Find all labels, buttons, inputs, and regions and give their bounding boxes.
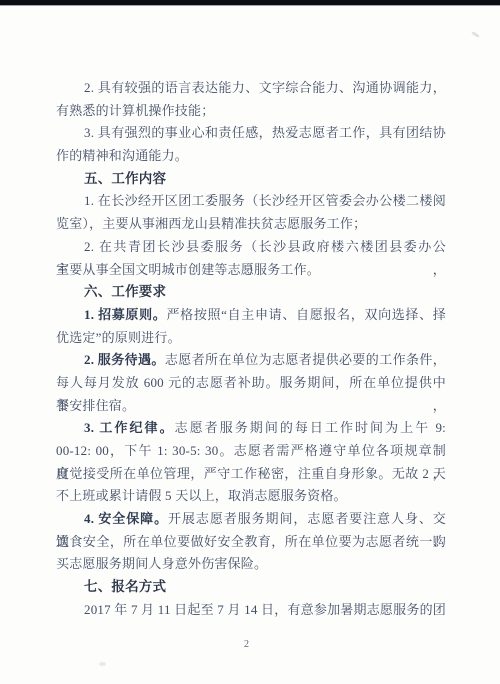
body-text: 买志愿服务期间人身意外伤害保险。 bbox=[56, 556, 267, 571]
page-number: 2 bbox=[0, 639, 494, 650]
text-block: 2. 具有较强的语言表达能力、文字综合能力、沟通协调能力，有熟悉的计算机操作技能… bbox=[56, 77, 446, 622]
text-line: 不上班或累计请假 5 天以上，取消志愿服务资格。 bbox=[56, 485, 446, 508]
body-text: 不安排住宿。 bbox=[56, 398, 135, 413]
scan-edge-artifact bbox=[0, 0, 500, 5]
body-text: 自觉接受所在单位管理，严守工作秘密，注重自身形象。无故 2 天 bbox=[56, 466, 446, 481]
body-text: 2017 年 7 月 11 日起至 7 月 14 日，有意参加暑期志愿服务的团 bbox=[84, 602, 446, 617]
emphasized-text: 五、工作内容 bbox=[84, 171, 166, 186]
text-line: 4. 安全保障。开展志愿者服务期间，志愿者要注意人身、交通、 bbox=[56, 508, 446, 531]
body-text: 2. 具有较强的语言表达能力、文字综合能力、沟通协调能力， bbox=[84, 80, 446, 95]
section-heading: 六、工作要求 bbox=[56, 281, 446, 304]
body-text: 作的精神和沟通能力。 bbox=[56, 148, 188, 163]
emphasized-text: 六、工作要求 bbox=[84, 284, 166, 299]
emphasized-text: 1. 招募原则。 bbox=[84, 307, 166, 322]
body-text: 饮食安全，所在单位要做好安全教育，所在单位要为志愿者统一购 bbox=[56, 534, 446, 549]
text-line: 1. 在长沙经开区团工委服务（长沙经开区管委会办公楼二楼阅 bbox=[56, 190, 446, 213]
body-text: 3. 具有强烈的事业心和责任感，热爱志愿者工作，具有团结协 bbox=[84, 125, 446, 140]
body-text: 1. 在长沙经开区团工委服务（长沙经开区管委会办公楼二楼阅 bbox=[84, 193, 446, 208]
emphasized-text: 2. 服务待遇。 bbox=[84, 352, 165, 367]
text-line: 买志愿服务期间人身意外伤害保险。 bbox=[56, 553, 446, 576]
text-line: 每人每月发放 600 元的志愿者补助。服务期间，所在单位提供中餐， bbox=[56, 372, 446, 395]
emphasized-text: 4. 安全保障。 bbox=[84, 511, 168, 526]
emphasized-text: 3. 工作纪律。 bbox=[84, 420, 175, 435]
body-text: 不上班或累计请假 5 天以上，取消志愿服务资格。 bbox=[56, 488, 347, 503]
text-line: 2. 服务待遇。志愿者所在单位为志愿者提供必要的工作条件， bbox=[56, 349, 446, 372]
text-line: 自觉接受所在单位管理，严守工作秘密，注重自身形象。无故 2 天 bbox=[56, 463, 446, 486]
body-text: 严格按照“自主申请、自愿报名，双向选择、择 bbox=[166, 307, 446, 322]
emphasized-text: 七、报名方式 bbox=[84, 579, 166, 594]
text-line: 有熟悉的计算机操作技能； bbox=[56, 100, 446, 123]
text-line: 1. 招募原则。严格按照“自主申请、自愿报名，双向选择、择 bbox=[56, 304, 446, 327]
body-text: 览室），主要从事湘西龙山县精准扶贫志愿服务工作； bbox=[56, 216, 366, 231]
section-heading: 五、工作内容 bbox=[56, 168, 446, 191]
text-line: 2. 具有较强的语言表达能力、文字综合能力、沟通协调能力， bbox=[56, 77, 446, 100]
text-line: 览室），主要从事湘西龙山县精准扶贫志愿服务工作； bbox=[56, 213, 446, 236]
text-line: 00-12: 00，下午 1: 30-5: 30。志愿者需严格遵守单位各项规章制… bbox=[56, 440, 446, 463]
scan-smudge bbox=[99, 662, 106, 666]
scanned-document-page: { "page": { "number": "2", "background_c… bbox=[0, 0, 500, 684]
text-line: 2017 年 7 月 11 日起至 7 月 14 日，有意参加暑期志愿服务的团 bbox=[56, 599, 446, 622]
text-line: 2. 在共青团长沙县委服务（长沙县政府楼六楼团县委办公室）， bbox=[56, 236, 446, 259]
text-line: 优选定”的原则进行。 bbox=[56, 327, 446, 350]
text-line: 3. 工作纪律。志愿者服务期间的每日工作时间为上午 9: bbox=[56, 417, 446, 440]
scan-smudge bbox=[471, 31, 480, 38]
body-text: 有熟悉的计算机操作技能； bbox=[56, 103, 214, 118]
text-line: 3. 具有强烈的事业心和责任感，热爱志愿者工作，具有团结协 bbox=[56, 122, 446, 145]
body-text: 主要从事全国文明城市创建等志愿服务工作。 bbox=[56, 262, 320, 277]
body-text: 志愿者所在单位为志愿者提供必要的工作条件， bbox=[165, 352, 446, 367]
body-text: 志愿者服务期间的每日工作时间为上午 9: bbox=[175, 420, 446, 435]
text-line: 作的精神和沟通能力。 bbox=[56, 145, 446, 168]
text-line: 饮食安全，所在单位要做好安全教育，所在单位要为志愿者统一购 bbox=[56, 531, 446, 554]
section-heading: 七、报名方式 bbox=[56, 576, 446, 599]
document-body: 2. 具有较强的语言表达能力、文字综合能力、沟通协调能力，有熟悉的计算机操作技能… bbox=[56, 77, 446, 622]
body-text: 优选定”的原则进行。 bbox=[56, 330, 181, 345]
